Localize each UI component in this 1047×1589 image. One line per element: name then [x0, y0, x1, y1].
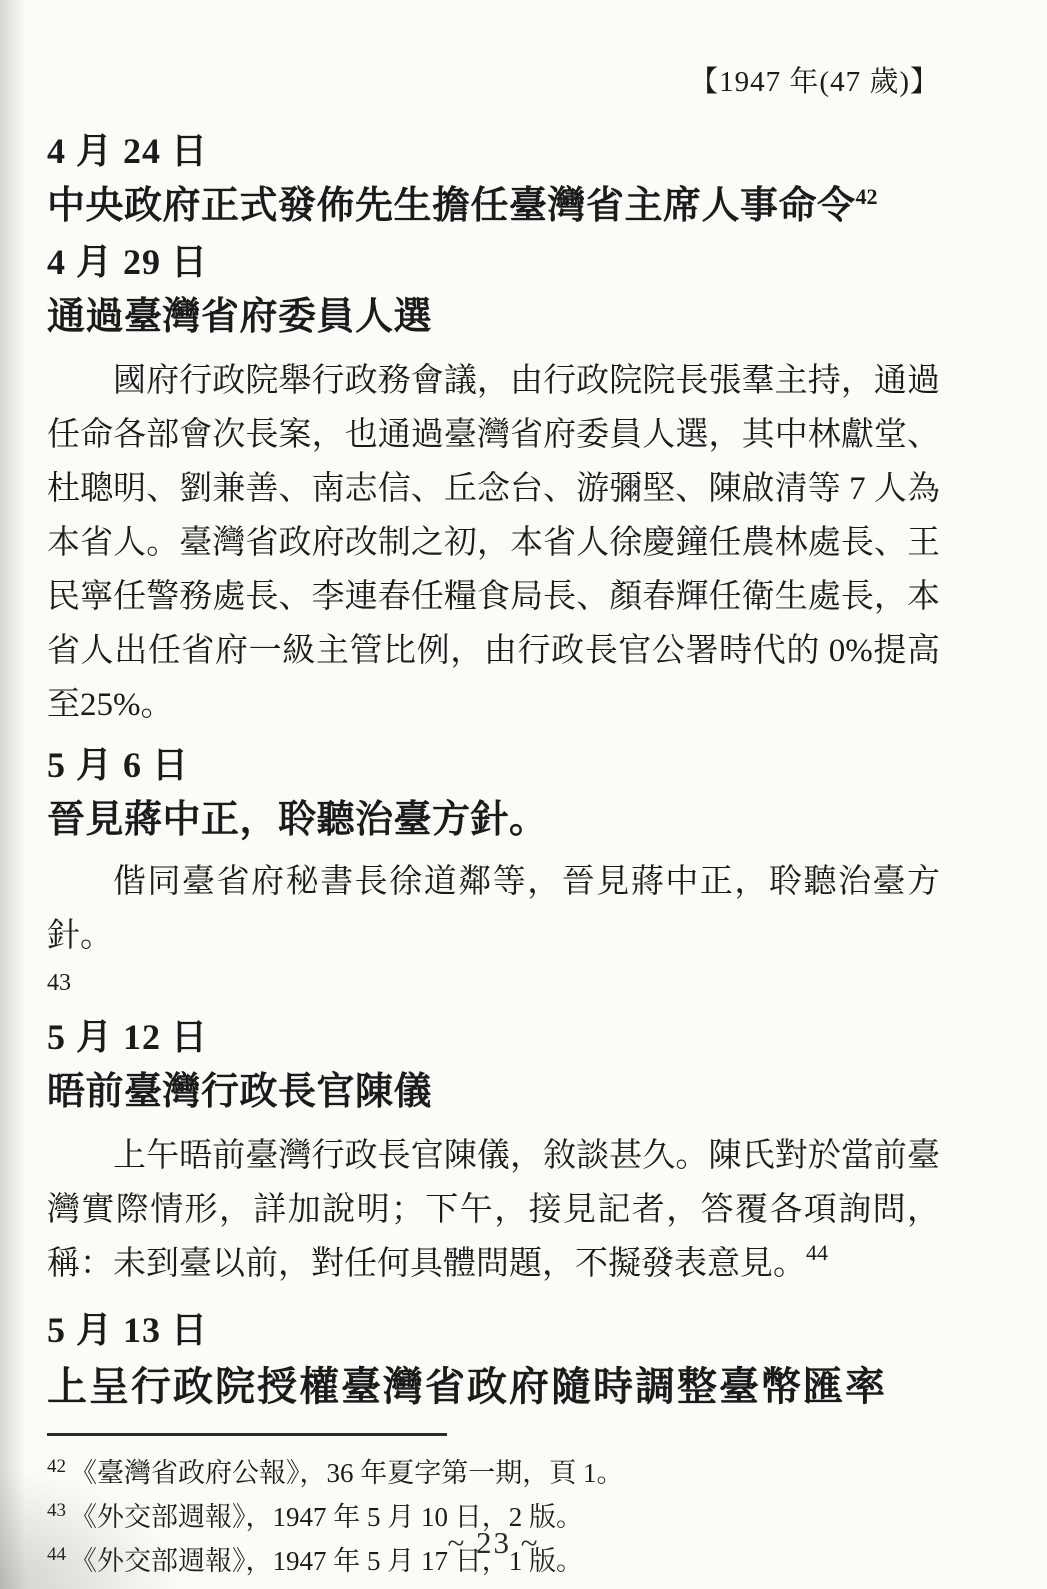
chronology-entry-may13: 5 月 13 日 上呈行政院授權臺灣省政府隨時調整臺幣匯率: [47, 1297, 940, 1417]
book-page-content: 【1947 年(47 歲)】 4 月 24 日 中央政府正式發佈先生擔任臺灣省主…: [0, 0, 1047, 1580]
footnote-ref-43: 43: [47, 970, 71, 996]
entry-title: 晉見蔣中正，聆聽治臺方針。: [47, 792, 940, 849]
entry-date: 5 月 6 日: [47, 738, 940, 792]
entry-title: 上呈行政院授權臺灣省政府隨時調整臺幣匯率: [47, 1357, 940, 1417]
entry-paragraph: 國府行政院舉行政務會議，由行政院院長張羣主持，通過任命各部會次長案，也通過臺灣省…: [47, 354, 940, 732]
entry-title: 通過臺灣省府委員人選: [47, 289, 940, 346]
entry-paragraph: 上午晤前臺灣行政長官陳儀，敘談甚久。陳氏對於當前臺灣實際情形，詳加說明；下午，接…: [47, 1129, 940, 1291]
footnote-marker: 42: [47, 1456, 66, 1477]
entry-date: 5 月 13 日: [47, 1303, 940, 1357]
entry-date: 4 月 29 日: [47, 235, 940, 289]
chronology-entry-apr24: 4 月 24 日 中央政府正式發佈先生擔任臺灣省主席人事命令42: [47, 124, 940, 235]
entry-date: 4 月 24 日: [47, 124, 940, 178]
entry-paragraph: 偕同臺省府秘書長徐道鄰等，晉見蔣中正，聆聽治臺方針。: [47, 855, 940, 963]
running-header: 【1947 年(47 歲)】: [47, 64, 940, 100]
page-number: ~ 23 ~: [0, 1525, 987, 1561]
chronology-entry-may12: 5 月 12 日 晤前臺灣行政長官陳儀 上午晤前臺灣行政長官陳儀，敘談甚久。陳氏…: [47, 1010, 940, 1291]
footnote-text: 《臺灣省政府公報》，36 年夏字第一期，頁 1。: [70, 1458, 624, 1488]
entry-title: 晤前臺灣行政長官陳儀: [47, 1064, 940, 1121]
footnote-marker: 43: [47, 1500, 66, 1521]
footnote-ref-42: 42: [856, 184, 878, 209]
footnote-42: 42《臺灣省政府公報》，36 年夏字第一期，頁 1。: [47, 1448, 940, 1492]
scanned-book-page: { "page": { "header": "【1947 年(47 歲)】", …: [0, 0, 1047, 1589]
entry-date: 5 月 12 日: [47, 1010, 940, 1064]
footnote-ref-44: 44: [806, 1240, 828, 1265]
chronology-entry-may6: 5 月 6 日 晉見蔣中正，聆聽治臺方針。 偕同臺省府秘書長徐道鄰等，晉見蔣中正…: [47, 738, 940, 1008]
wrapped-footnote-ref-line: 43: [47, 963, 940, 1008]
chronology-entry-apr29: 4 月 29 日 通過臺灣省府委員人選 國府行政院舉行政務會議，由行政院院長張羣…: [47, 235, 940, 732]
entry-title: 中央政府正式發佈先生擔任臺灣省主席人事命令42: [47, 178, 940, 235]
entry-title-text: 中央政府正式發佈先生擔任臺灣省主席人事命令: [47, 185, 856, 227]
footnote-separator-rule: [47, 1433, 447, 1436]
